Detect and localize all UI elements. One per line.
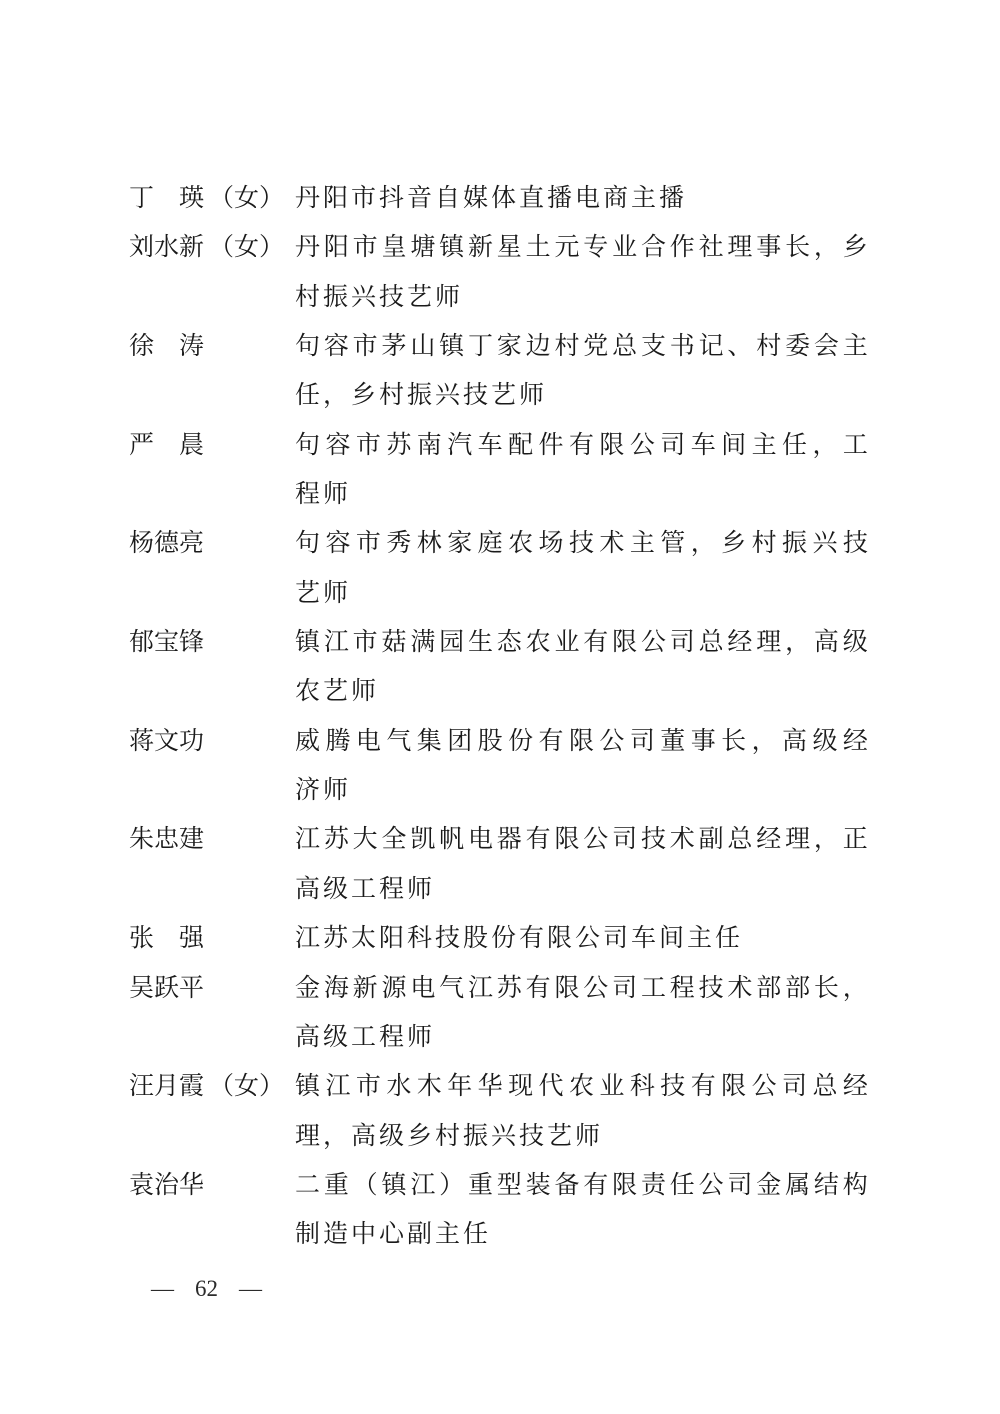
gender-note: （女） — [204, 174, 295, 223]
gender-note — [204, 519, 295, 568]
description-line: 村振兴技艺师 — [295, 273, 868, 322]
description-line: 丹阳市皇塘镇新星土元专业合作社理事长，乡 — [295, 223, 868, 272]
person-name: 郁宝锋 — [129, 618, 204, 667]
description-line: 江苏大全凯帆电器有限公司技术副总经理，正 — [295, 815, 868, 864]
person-name: 杨德亮 — [129, 519, 204, 568]
gender-note: （女） — [204, 223, 295, 272]
list-entry: 刘水新 （女） 丹阳市皇塘镇新星土元专业合作社理事长，乡村振兴技艺师 — [129, 223, 868, 322]
person-title: 句容市秀林家庭农场技术主管，乡村振兴技艺师 — [295, 519, 868, 618]
description-line: 丹阳市抖音自媒体直播电商主播 — [295, 174, 868, 223]
person-name: 丁 瑛 — [129, 174, 204, 223]
description-line: 高级工程师 — [295, 1013, 868, 1062]
description-line: 威腾电气集团股份有限公司董事长，高级经 — [295, 717, 868, 766]
gender-note — [204, 914, 295, 963]
description-line: 句容市秀林家庭农场技术主管，乡村振兴技 — [295, 519, 868, 568]
description-line: 任，乡村振兴技艺师 — [295, 371, 868, 420]
person-title: 句容市苏南汽车配件有限公司车间主任，工程师 — [295, 421, 868, 520]
document-page: 丁 瑛 （女） 丹阳市抖音自媒体直播电商主播 刘水新 （女） 丹阳市皇塘镇新星土… — [0, 0, 1000, 1414]
list-entry: 郁宝锋 镇江市菇满园生态农业有限公司总经理，高级农艺师 — [129, 618, 868, 717]
list-entry: 徐 涛 句容市茅山镇丁家边村党总支书记、村委会主任，乡村振兴技艺师 — [129, 322, 868, 421]
page-number-dash-right: — — [239, 1277, 262, 1300]
person-name: 张 强 — [129, 914, 204, 963]
person-title: 江苏太阳科技股份有限公司车间主任 — [295, 914, 868, 963]
person-title: 丹阳市抖音自媒体直播电商主播 — [295, 174, 868, 223]
person-title: 句容市茅山镇丁家边村党总支书记、村委会主任，乡村振兴技艺师 — [295, 322, 868, 421]
description-line: 句容市苏南汽车配件有限公司车间主任，工 — [295, 421, 868, 470]
person-title: 二重（镇江）重型装备有限责任公司金属结构制造中心副主任 — [295, 1161, 868, 1260]
page-number-dash-left: — — [151, 1277, 174, 1300]
person-name: 徐 涛 — [129, 322, 204, 371]
person-title: 镇江市菇满园生态农业有限公司总经理，高级农艺师 — [295, 618, 868, 717]
description-line: 镇江市水木年华现代农业科技有限公司总经 — [295, 1062, 868, 1111]
page-number-value: 62 — [195, 1277, 218, 1300]
description-line: 江苏太阳科技股份有限公司车间主任 — [295, 914, 868, 963]
person-name: 严 晨 — [129, 421, 204, 470]
gender-note — [204, 717, 295, 766]
description-line: 理，高级乡村振兴技艺师 — [295, 1112, 868, 1161]
list-entry: 丁 瑛 （女） 丹阳市抖音自媒体直播电商主播 — [129, 174, 868, 223]
list-entry: 蒋文功 威腾电气集团股份有限公司董事长，高级经济师 — [129, 717, 868, 816]
page-number: — 62 — — [151, 1277, 262, 1300]
list-entry: 严 晨 句容市苏南汽车配件有限公司车间主任，工程师 — [129, 421, 868, 520]
description-line: 金海新源电气江苏有限公司工程技术部部长， — [295, 964, 868, 1013]
gender-note — [204, 1161, 295, 1210]
person-title: 镇江市水木年华现代农业科技有限公司总经理，高级乡村振兴技艺师 — [295, 1062, 868, 1161]
list-entry: 杨德亮 句容市秀林家庭农场技术主管，乡村振兴技艺师 — [129, 519, 868, 618]
gender-note — [204, 322, 295, 371]
list-entry: 吴跃平 金海新源电气江苏有限公司工程技术部部长，高级工程师 — [129, 964, 868, 1063]
gender-note — [204, 964, 295, 1013]
gender-note — [204, 815, 295, 864]
gender-note: （女） — [204, 1062, 295, 1111]
person-name: 刘水新 — [129, 223, 204, 272]
person-name: 汪月霞 — [129, 1062, 204, 1111]
person-title: 江苏大全凯帆电器有限公司技术副总经理，正高级工程师 — [295, 815, 868, 914]
list-entry: 朱忠建 江苏大全凯帆电器有限公司技术副总经理，正高级工程师 — [129, 815, 868, 914]
gender-note — [204, 421, 295, 470]
person-name: 袁治华 — [129, 1161, 204, 1210]
description-line: 程师 — [295, 470, 868, 519]
person-title: 丹阳市皇塘镇新星土元专业合作社理事长，乡村振兴技艺师 — [295, 223, 868, 322]
list-entry: 张 强 江苏太阳科技股份有限公司车间主任 — [129, 914, 868, 963]
description-line: 济师 — [295, 766, 868, 815]
description-line: 二重（镇江）重型装备有限责任公司金属结构 — [295, 1161, 868, 1210]
description-line: 艺师 — [295, 569, 868, 618]
description-line: 镇江市菇满园生态农业有限公司总经理，高级 — [295, 618, 868, 667]
person-title: 金海新源电气江苏有限公司工程技术部部长，高级工程师 — [295, 964, 868, 1063]
person-name: 朱忠建 — [129, 815, 204, 864]
description-line: 农艺师 — [295, 667, 868, 716]
list-entry: 袁治华 二重（镇江）重型装备有限责任公司金属结构制造中心副主任 — [129, 1161, 868, 1260]
person-title: 威腾电气集团股份有限公司董事长，高级经济师 — [295, 717, 868, 816]
description-line: 高级工程师 — [295, 865, 868, 914]
description-line: 制造中心副主任 — [295, 1210, 868, 1259]
list-entry: 汪月霞 （女） 镇江市水木年华现代农业科技有限公司总经理，高级乡村振兴技艺师 — [129, 1062, 868, 1161]
gender-note — [204, 618, 295, 667]
person-name: 吴跃平 — [129, 964, 204, 1013]
person-name: 蒋文功 — [129, 717, 204, 766]
award-recipient-list: 丁 瑛 （女） 丹阳市抖音自媒体直播电商主播 刘水新 （女） 丹阳市皇塘镇新星土… — [129, 174, 868, 1260]
description-line: 句容市茅山镇丁家边村党总支书记、村委会主 — [295, 322, 868, 371]
